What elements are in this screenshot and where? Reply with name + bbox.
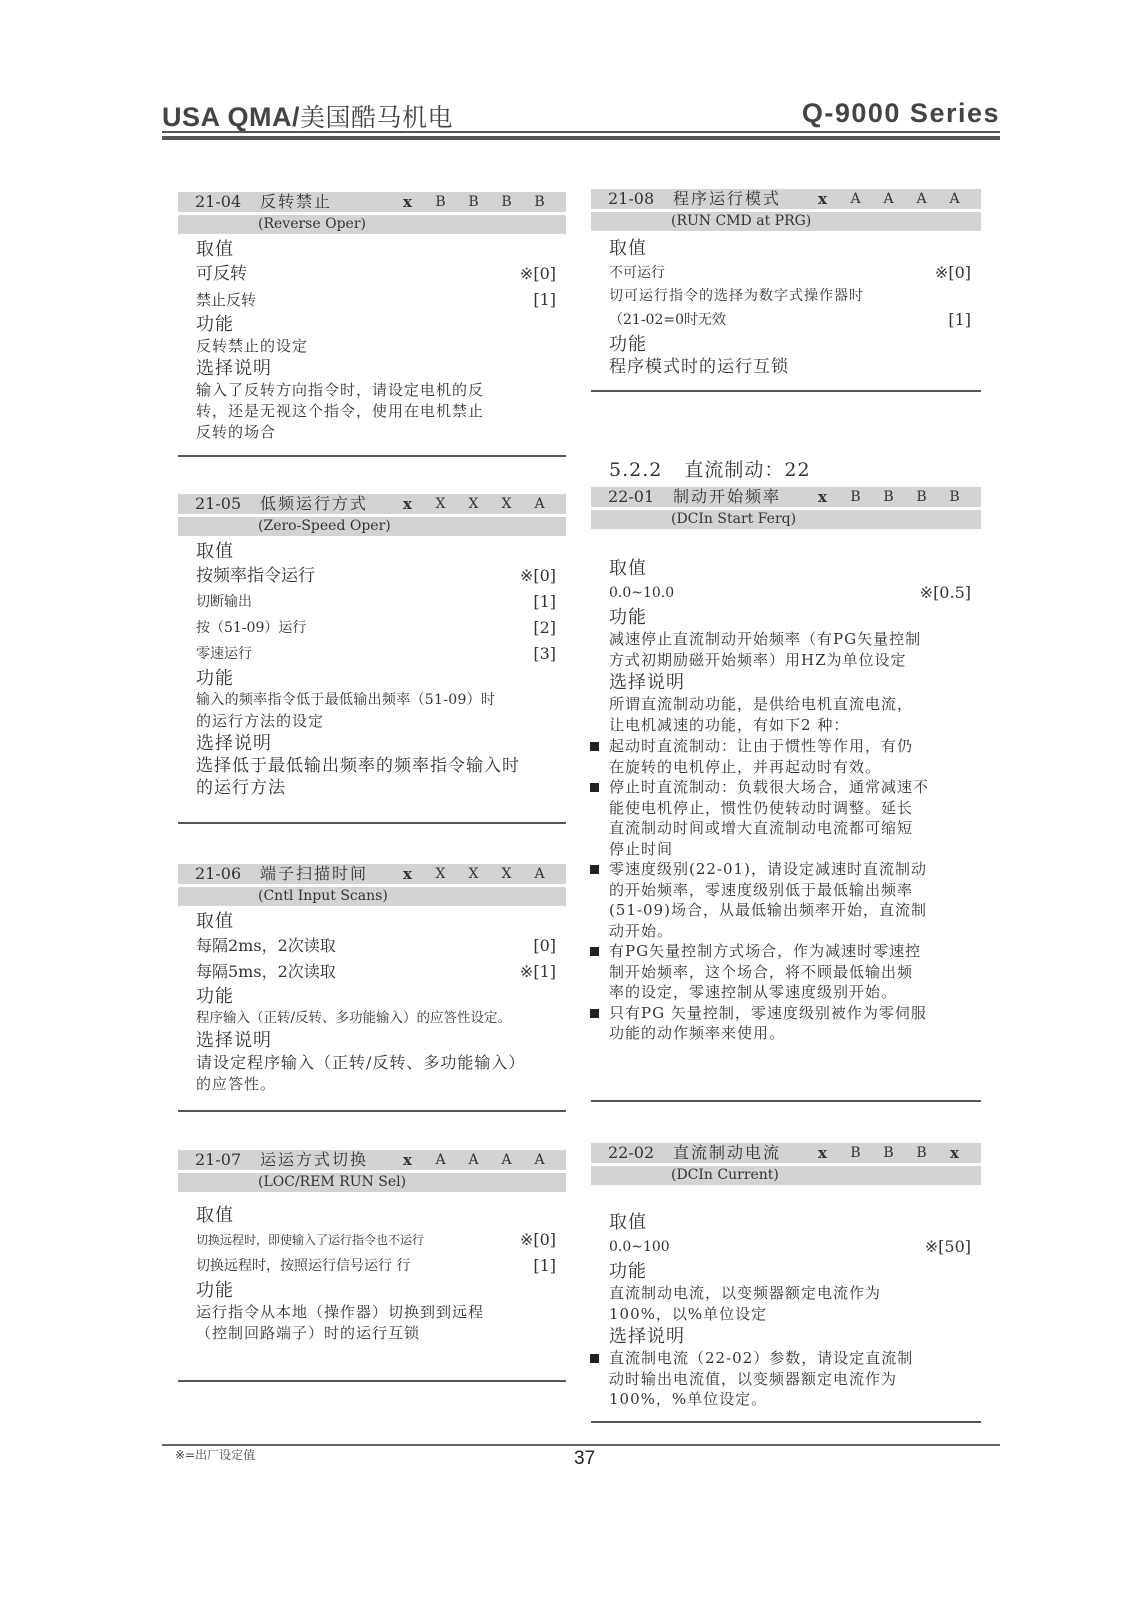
bullet-list: 直流制电流（22-02）参数，请设定直流制动时输出电流值，以变频器额定电流作为1… — [591, 1348, 981, 1410]
description-line: 反转的场合 — [196, 422, 556, 443]
param-en-name: (Zero-Speed Oper) — [178, 517, 566, 536]
description-line: 所谓直流制动功能，是供给电机直流电流， — [609, 694, 971, 715]
function-line: 直流制动电流，以变频器额定电流作为 — [609, 1283, 971, 1304]
function-label: 功能 — [609, 333, 971, 356]
flag: B — [839, 1143, 872, 1163]
value-label: 取值 — [196, 1204, 556, 1227]
param-code: 21-05 — [195, 494, 241, 514]
divider — [591, 1100, 981, 1102]
flag: x — [806, 487, 839, 507]
description-label: 选择说明 — [196, 357, 556, 380]
flag: X — [424, 494, 457, 514]
param-en-name: (Reverse Oper) — [178, 215, 566, 234]
bullet-item: 停止时直流制动：负载很大场合，通常减速不能使电机停止，惯性仍使转动时调整。延长直… — [591, 777, 981, 859]
page-number: 37 — [574, 1448, 595, 1470]
flag: x — [391, 494, 424, 514]
flag: x — [391, 864, 424, 884]
function-label: 功能 — [196, 1279, 556, 1302]
param-22-02: 22-02 直流制动电流 x B B B x (DCIn Current) 取值… — [591, 1143, 981, 1410]
option-row: 禁止反转[1] — [196, 287, 556, 313]
header-rule-thin — [162, 131, 1000, 133]
flag: A — [938, 189, 971, 209]
flag: A — [457, 1150, 490, 1170]
flag: x — [806, 1143, 839, 1163]
divider — [591, 390, 981, 392]
param-name: 低频运行方式 — [260, 494, 368, 514]
bullet-item: 零速度级别(22-01)，请设定减速时直流制动的开始频率，零速度级别低于最低输出… — [591, 859, 981, 941]
param-header: 22-01 制动开始频率 x B B B B — [591, 487, 981, 507]
option-row: 每隔2ms，2次读取[0] — [196, 933, 556, 959]
option-row: 零速运行[3] — [196, 641, 556, 667]
description-label: 选择说明 — [196, 732, 556, 755]
divider — [178, 822, 566, 824]
description-line: 让电机减速的功能，有如下2 种： — [609, 715, 971, 736]
flag: B — [490, 192, 523, 212]
description-line: 的运行方法 — [196, 777, 556, 799]
option-row: 切断输出[1] — [196, 589, 556, 615]
flag: A — [905, 189, 938, 209]
param-flags: x A A A A — [806, 189, 971, 209]
flag: x — [391, 1150, 424, 1170]
footer-rule — [162, 1444, 1000, 1446]
option-row: 每隔5ms，2次读取※[1] — [196, 959, 556, 985]
option-row: 按频率指令运行※[0] — [196, 563, 556, 589]
param-flags: x X X X A — [391, 494, 556, 514]
header-rule-thick — [162, 136, 1000, 140]
brand-en: USA QMA/ — [162, 102, 300, 132]
factory-default-note: ※=出厂设定值 — [175, 1446, 255, 1463]
section-title: 5.2.2直流制动：22 — [609, 455, 811, 482]
value-label: 取值 — [196, 910, 556, 933]
brand-cn: 美国酷马机电 — [300, 103, 453, 132]
param-en-name: (Cntl Input Scans) — [178, 887, 566, 906]
param-name: 制动开始频率 — [673, 487, 781, 507]
description-label: 选择说明 — [609, 1325, 971, 1348]
function-line: （控制回路端子）时的运行互锁 — [196, 1323, 556, 1344]
flag: B — [839, 487, 872, 507]
param-header: 21-08 程序运行模式 x A A A A — [591, 189, 981, 209]
flag: A — [839, 189, 872, 209]
option-row: 切换远程时，按照运行信号运行 行[1] — [196, 1253, 556, 1279]
param-22-01: 22-01 制动开始频率 x B B B B (DCIn Start Ferq)… — [591, 487, 981, 1044]
param-name: 程序运行模式 — [673, 189, 781, 209]
divider — [178, 1110, 566, 1112]
range-row: 0.0~10.0※[0.5] — [609, 580, 971, 606]
param-21-07: 21-07 运运方式切换 x A A A A (LOC/REM RUN Sel)… — [178, 1150, 566, 1344]
flag: x — [938, 1143, 971, 1163]
param-code: 22-01 — [608, 487, 654, 507]
param-header: 21-07 运运方式切换 x A A A A — [178, 1150, 566, 1170]
range-row: 0.0~100※[50] — [609, 1234, 971, 1260]
function-text: 程序输入（正转/反转、多功能输入）的应答性设定。 — [196, 1008, 556, 1029]
bullet-item: 只有PG 矢量控制，零速度级别被作为零伺服功能的动作频率来使用。 — [591, 1003, 981, 1044]
function-text: 程序模式时的运行互锁 — [609, 356, 971, 378]
option-row: 不可运行※[0] — [609, 260, 971, 286]
flag: B — [457, 192, 490, 212]
param-flags: x B B B B — [391, 192, 556, 212]
flag: B — [424, 192, 457, 212]
function-label: 功能 — [609, 606, 971, 629]
param-code: 22-02 — [608, 1143, 654, 1163]
param-en-name: (LOC/REM RUN Sel) — [178, 1173, 566, 1192]
flag: B — [872, 1143, 905, 1163]
option-line: 切可运行指令的选择为数字式操作器时 — [609, 286, 971, 307]
value-label: 取值 — [196, 540, 556, 563]
option-row: 切换远程时，即使输入了运行指令也不运行※[0] — [196, 1227, 556, 1253]
flag: B — [872, 487, 905, 507]
param-name: 直流制动电流 — [673, 1143, 781, 1163]
function-line: 方式初期励磁开始频率）用HZ为单位设定 — [609, 650, 971, 671]
bullet-item: 起动时直流制动：让由于惯性等作用，有仍在旋转的电机停止，并再起动时有效。 — [591, 736, 981, 777]
param-code: 21-06 — [195, 864, 241, 884]
brand-title: USA QMA/美国酷马机电 — [162, 98, 453, 134]
param-flags: x A A A A — [391, 1150, 556, 1170]
param-flags: x B B B B — [806, 487, 971, 507]
description-line: 转，还是无视这个指令，使用在电机禁止 — [196, 401, 556, 422]
flag: X — [457, 864, 490, 884]
param-header: 22-02 直流制动电流 x B B B x — [591, 1143, 981, 1163]
flag: X — [424, 864, 457, 884]
function-line: 减速停止直流制动开始频率（有PG矢量控制 — [609, 629, 971, 650]
param-code: 21-04 — [195, 192, 241, 212]
flag: A — [523, 864, 556, 884]
section-number: 5.2.2 — [609, 459, 662, 481]
function-label: 功能 — [196, 985, 556, 1008]
param-21-06: 21-06 端子扫描时间 x X X X A (Cntl Input Scans… — [178, 864, 566, 1095]
param-flags: x X X X A — [391, 864, 556, 884]
param-en-name: (DCIn Current) — [591, 1166, 981, 1185]
bullet-item: 有PG矢量控制方式场合，作为减速时零速控制开始频率，这个场合，将不顾最低输出频率… — [591, 941, 981, 1003]
param-header: 21-04 反转禁止 x B B B B — [178, 192, 566, 212]
section-name: 直流制动：22 — [684, 459, 810, 481]
param-name: 反转禁止 — [260, 192, 332, 212]
param-21-08: 21-08 程序运行模式 x A A A A (RUN CMD at PRG) … — [591, 189, 981, 378]
description-line: 选择低于最低输出频率的频率指令输入时 — [196, 755, 556, 777]
divider — [178, 1380, 566, 1382]
flag: B — [523, 192, 556, 212]
description-line: 请设定程序输入（正转/反转、多功能输入） — [196, 1052, 556, 1074]
flag: B — [905, 1143, 938, 1163]
series-title: Q-9000 Series — [802, 98, 1000, 129]
function-label: 功能 — [609, 1260, 971, 1283]
param-21-04: 21-04 反转禁止 x B B B B (Reverse Oper) 取值 可… — [178, 192, 566, 443]
option-row: 可反转※[0] — [196, 261, 556, 287]
description-label: 选择说明 — [196, 1029, 556, 1052]
function-label: 功能 — [196, 313, 556, 336]
param-code: 21-07 — [195, 1150, 241, 1170]
description-label: 选择说明 — [609, 671, 971, 694]
divider — [178, 455, 566, 457]
option-row: 按（51-09）运行[2] — [196, 615, 556, 641]
param-21-05: 21-05 低频运行方式 x X X X A (Zero-Speed Oper)… — [178, 494, 566, 799]
param-code: 21-08 — [608, 189, 654, 209]
flag: X — [457, 494, 490, 514]
value-label: 取值 — [609, 237, 971, 260]
bullet-item: 直流制电流（22-02）参数，请设定直流制动时输出电流值，以变频器额定电流作为1… — [591, 1348, 981, 1410]
description-line: 输入了反转方向指令时，请设定电机的反 — [196, 380, 556, 401]
function-label: 功能 — [196, 667, 556, 690]
param-header: 21-06 端子扫描时间 x X X X A — [178, 864, 566, 884]
param-name: 运运方式切换 — [260, 1150, 368, 1170]
function-line: 输入的频率指令低于最低输出频率（51-09）时 — [196, 690, 556, 711]
function-text: 反转禁止的设定 — [196, 336, 556, 357]
description-line: 的应答性。 — [196, 1074, 556, 1095]
flag: A — [872, 189, 905, 209]
flag: x — [806, 189, 839, 209]
flag: X — [490, 494, 523, 514]
value-label: 取值 — [609, 1211, 971, 1234]
function-line: 100%，以%单位设定 — [609, 1304, 971, 1325]
value-label: 取值 — [196, 238, 556, 261]
divider — [591, 1421, 981, 1423]
param-flags: x B B B x — [806, 1143, 971, 1163]
function-line: 的运行方法的设定 — [196, 711, 556, 732]
flag: A — [523, 494, 556, 514]
flag: B — [938, 487, 971, 507]
bullet-list: 起动时直流制动：让由于惯性等作用，有仍在旋转的电机停止，并再起动时有效。 停止时… — [591, 736, 981, 1044]
flag: B — [905, 487, 938, 507]
param-header: 21-05 低频运行方式 x X X X A — [178, 494, 566, 514]
param-name: 端子扫描时间 — [260, 864, 368, 884]
param-en-name: (RUN CMD at PRG) — [591, 212, 981, 231]
flag: X — [490, 864, 523, 884]
function-line: 运行指令从本地（操作器）切换到到远程 — [196, 1302, 556, 1323]
flag: A — [424, 1150, 457, 1170]
option-row: （21-02=0时无效[1] — [609, 307, 971, 333]
flag: A — [490, 1150, 523, 1170]
flag: x — [391, 192, 424, 212]
value-label: 取值 — [609, 557, 971, 580]
flag: A — [523, 1150, 556, 1170]
param-en-name: (DCIn Start Ferq) — [591, 510, 981, 529]
